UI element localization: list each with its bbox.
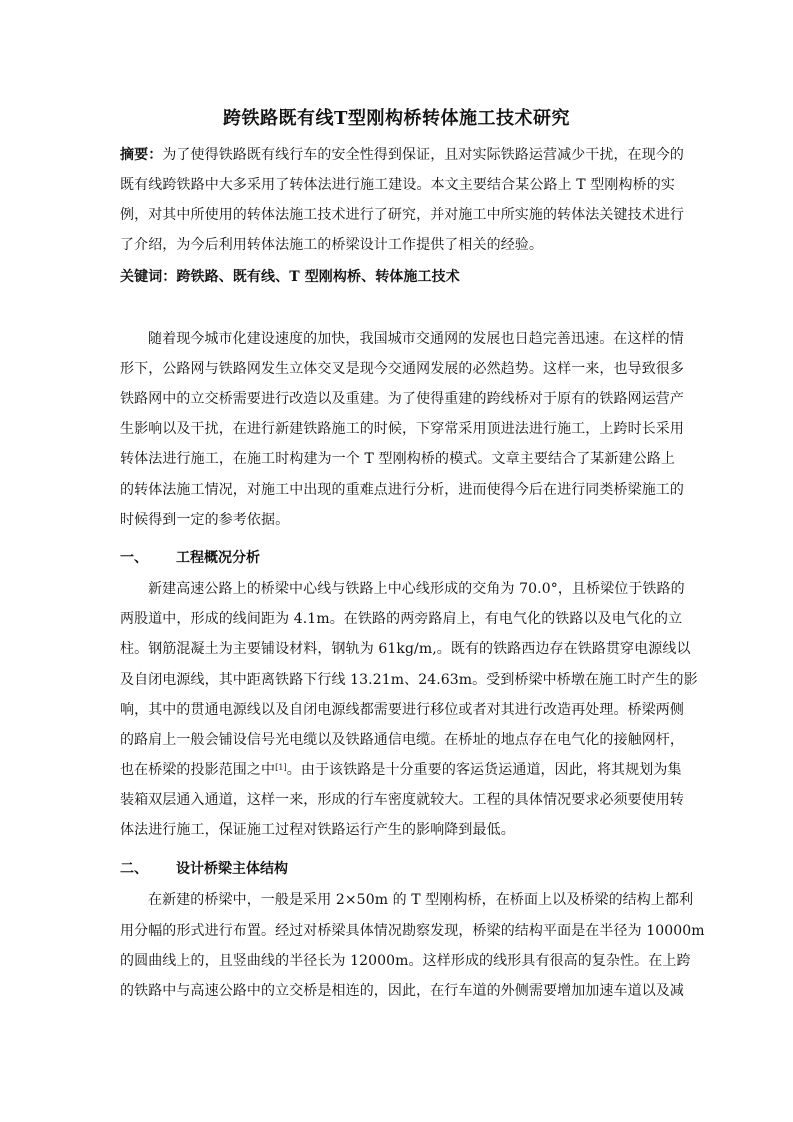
keywords-label: 关键词：: [120, 269, 176, 285]
body-line: 随着现今城市化建设速度的加快，我国城市交通网的发展也日趋完善迅速。在这样的情: [148, 329, 675, 349]
body-line: 的圆曲线上的，且竖曲线的半径长为 12000m。这样形成的线形具有很高的复杂性。…: [120, 951, 675, 971]
body-line: 的路肩上一般会铺设信号光电缆以及铁路通信电缆。在桥址的地点存在电气化的接触网杆，: [120, 730, 675, 750]
body-line: 柱。钢筋混凝土为主要铺设材料，钢轨为 61kg/m,。既有的铁路西边存在铁路贯穿…: [120, 639, 675, 659]
body-line: 两股道中，形成的线间距为 4.1m。在铁路的两旁路肩上，有电气化的铁路以及电气化…: [120, 609, 675, 629]
abstract-line: 了介绍，为今后利用转体法施工的桥梁设计工作提供了相关的经验。: [120, 235, 675, 255]
keywords-text: 跨铁路、既有线、T 型刚构桥、转体施工技术: [176, 269, 459, 285]
section-heading: 二、设计桥梁主体结构: [120, 859, 288, 879]
abstract-text: 为了使得铁路既有线行车的安全性得到保证，且对实际铁路运营减少干扰，在现今的: [162, 147, 684, 163]
body-line: 在新建的桥梁中，一般是采用 2×50m 的 T 型刚构桥，在桥面上以及桥梁的结构…: [148, 890, 675, 910]
abstract-label: 摘要：: [120, 147, 162, 163]
body-line: 的转体法施工情况，对施工中出现的重难点进行分析，进而使得今后在进行同类桥梁施工的: [120, 480, 675, 500]
body-text: 也在桥梁的投影范围之中: [120, 762, 275, 778]
body-line: 用分幅的形式进行布置。经过对桥梁具体情况勘察发现，桥梁的结构平面是在半径为 10…: [120, 921, 675, 941]
body-line: 形下，公路网与铁路网发生立体交叉是现今交通网发展的必然趋势。这样一来，也导致很多: [120, 359, 675, 379]
abstract-line: 例，对其中所使用的转体法施工技术进行了研究，并对施工中所实施的转体法关键技术进行: [120, 205, 675, 225]
body-line: 铁路网中的立交桥需要进行改造以及重建。为了使得重建的跨线桥对于原有的铁路网运营产: [120, 389, 675, 409]
body-line: 新建高速公路上的桥梁中心线与铁路上中心线形成的交角为 70.0°，且桥梁位于铁路…: [148, 579, 675, 599]
section-heading: 一、工程概况分析: [120, 548, 260, 568]
body-line: 的铁路中与高速公路中的立交桥是相连的，因此，在行车道的外侧需要增加加速车道以及减: [120, 981, 675, 1001]
section-title: 工程概况分析: [176, 550, 260, 566]
document-page: 跨铁路既有线T型刚构桥转体施工技术研究 摘要：为了使得铁路既有线行车的安全性得到…: [0, 0, 793, 1122]
document-title: 跨铁路既有线T型刚构桥转体施工技术研究: [0, 104, 793, 130]
section-number: 一、: [120, 548, 176, 568]
body-line: 响，其中的贯通电源线以及自闭电源线都需要进行移位或者对其进行改造再处理。桥梁两侧: [120, 700, 675, 720]
body-line: 及自闭电源线，其中距离铁路下行线 13.21m、24.63m。受到桥梁中桥墩在施…: [120, 670, 675, 690]
body-line: 转体法进行施工，在施工时构建为一个 T 型刚构桥的模式。文章主要结合了某新建公路…: [120, 449, 675, 469]
section-number: 二、: [120, 859, 176, 879]
body-line: 生影响以及干扰，在进行新建铁路施工的时候，下穿常采用顶进法进行施工，上跨时长采用: [120, 419, 675, 439]
abstract-line: 既有线跨铁路中大多采用了转体法进行施工建设。本文主要结合某公路上 T 型刚构桥的…: [120, 175, 675, 195]
body-line: 装箱双层通入通道，这样一来，形成的行车密度就较大。工程的具体情况要求必须要使用转: [120, 790, 675, 810]
abstract-line: 摘要：为了使得铁路既有线行车的安全性得到保证，且对实际铁路运营减少干扰，在现今的: [120, 145, 675, 165]
body-line: 也在桥梁的投影范围之中[1]。由于该铁路是十分重要的客运货运通道，因此，将其规划…: [120, 760, 675, 780]
keywords-line: 关键词：跨铁路、既有线、T 型刚构桥、转体施工技术: [120, 267, 675, 287]
body-text: 。由于该铁路是十分重要的客运货运通道，因此，将其规划为集: [287, 762, 682, 778]
citation: [1]: [275, 763, 287, 772]
body-line: 体法进行施工，保证施工过程对铁路运行产生的影响降到最低。: [120, 820, 675, 840]
section-title: 设计桥梁主体结构: [176, 861, 288, 877]
body-line: 时候得到一定的参考依据。: [120, 510, 675, 530]
